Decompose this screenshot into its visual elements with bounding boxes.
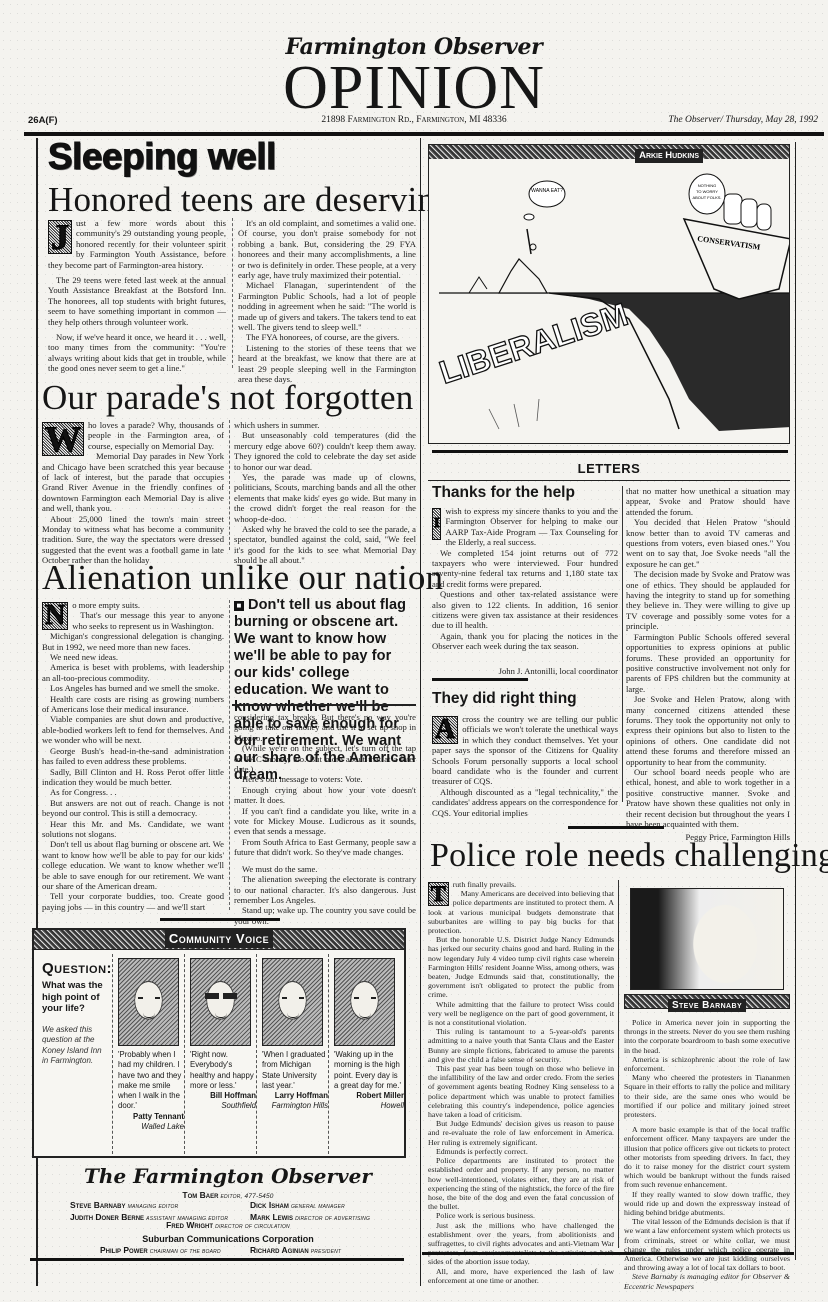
svg-text:LIBERALISM: LIBERALISM	[435, 296, 632, 391]
bottom-rule-left	[30, 1258, 404, 1261]
question-note: We asked this question at the Koney Isla…	[42, 1025, 104, 1067]
bottom-rule-right	[422, 1252, 794, 1255]
cartoon-banner: Arkie Hudkins	[429, 145, 789, 159]
svg-text:NOTHING: NOTHING	[698, 183, 716, 188]
editorial-1-col-2: It's an old complaint, and sometimes a v…	[238, 218, 416, 385]
svg-text:TO WORRY: TO WORRY	[696, 189, 718, 194]
dropcap: N	[42, 602, 68, 630]
staff-box-logo: The Farmington Observer	[36, 1164, 420, 1188]
editorial-1-col-1: J ust a few more words about this commun…	[48, 218, 226, 374]
letters-rule	[428, 480, 790, 481]
letter-1-headline: Thanks for the help	[432, 484, 575, 502]
column-col-2: Police in America never join in supporti…	[624, 1018, 790, 1291]
dropcap: T	[428, 882, 449, 906]
voice-person: 'Probably when I had my children. I have…	[112, 954, 184, 1154]
headline-parade: Our parade's not forgotten	[42, 380, 413, 416]
letter-2-col-2: that no matter how unethical a situation…	[626, 486, 790, 843]
voice-person: 'When I graduated from Michigan State Un…	[256, 954, 328, 1154]
letter-2-col-1: A cross the country we are telling our p…	[432, 714, 618, 818]
question-label: Question:	[42, 960, 104, 977]
editorial-3-col-2: considering tax breaks. But there's no w…	[234, 712, 416, 926]
section-rule	[160, 918, 280, 921]
voice-person: 'Waking up in the morning is the high po…	[328, 954, 404, 1154]
bullet-icon: ■	[234, 601, 244, 611]
cartoon-rule	[432, 450, 788, 453]
person-photo	[334, 958, 395, 1046]
person-photo	[118, 958, 179, 1046]
dropcap: A	[432, 716, 458, 744]
staff-circulation: Fred Wright director of circulation	[36, 1220, 420, 1232]
question-block: Question: What was the high point of you…	[42, 960, 104, 1067]
pull-quote-rule	[232, 704, 416, 706]
letters-section-title: LETTERS	[428, 461, 790, 476]
columnist-photo	[630, 888, 784, 990]
center-divider	[420, 138, 421, 1286]
editorial-2-col-2: which ushers in summer. But unseasonably…	[234, 420, 416, 566]
community-voice-box: Community Voice Question: What was the h…	[32, 928, 406, 1158]
staff-corporation: Suburban Communications Corporation	[36, 1234, 420, 1244]
person-photo	[190, 958, 251, 1046]
editorial-3-col-1: N o more empty suits. That's our message…	[42, 600, 224, 912]
letter-2-headline: They did right thing	[432, 690, 577, 708]
dropcap: W	[42, 422, 84, 456]
headline-alienation: Alienation unlike our nation	[42, 560, 443, 596]
question-text: What was the high point of your life?	[42, 980, 104, 1015]
svg-text:ABOUT FOLKS.: ABOUT FOLKS.	[692, 195, 721, 200]
dropcap: I	[432, 508, 441, 540]
headline-honored-teens: Honored teens are deserving	[48, 182, 453, 218]
staff-president: Richard Aginian president	[250, 1245, 341, 1257]
editorial-cartoon: Arkie Hudkins WANNA EAT? CONSERVATISM NO…	[428, 144, 790, 444]
kicker: Sleeping well	[48, 136, 276, 178]
letter-divider	[432, 678, 528, 681]
right-border	[795, 142, 796, 1260]
cartoon-illustration: WANNA EAT? CONSERVATISM NOTHING TO WORRY…	[429, 159, 790, 444]
editorial-2-col-1: W ho loves a parade? Why, thousands of p…	[42, 420, 224, 566]
dateline: The Observer/ Thursday, May 28, 1992	[668, 115, 818, 125]
column-divider	[229, 420, 230, 550]
column-divider	[232, 218, 233, 368]
letter-1-body: I wish to express my sincere thanks to y…	[432, 506, 618, 676]
staff-chairman: Philip Power chairman of the board	[100, 1245, 221, 1257]
svg-text:WANNA EAT?: WANNA EAT?	[531, 188, 563, 194]
voice-person: 'Right now. Everybody's healthy and happ…	[184, 954, 256, 1154]
column-divider	[618, 880, 619, 1248]
section-rule	[568, 826, 664, 829]
columnist-banner: Steve Barnaby	[624, 994, 790, 1009]
person-photo	[262, 958, 323, 1046]
section-title: OPINION	[0, 58, 828, 118]
column-divider	[622, 486, 623, 802]
column-col-1: T ruth finally prevails. Many Americans …	[428, 880, 614, 1285]
column-tagline: Steve Barnaby is managing editor for Obs…	[624, 1272, 790, 1290]
letter-1-signature: John J. Antonilli, local coordinator	[432, 666, 618, 676]
column-divider	[229, 600, 230, 910]
community-voice-banner: Community Voice	[34, 930, 404, 950]
dropcap: J	[48, 220, 72, 254]
headline-police-role: Police role needs challenging	[430, 838, 828, 874]
